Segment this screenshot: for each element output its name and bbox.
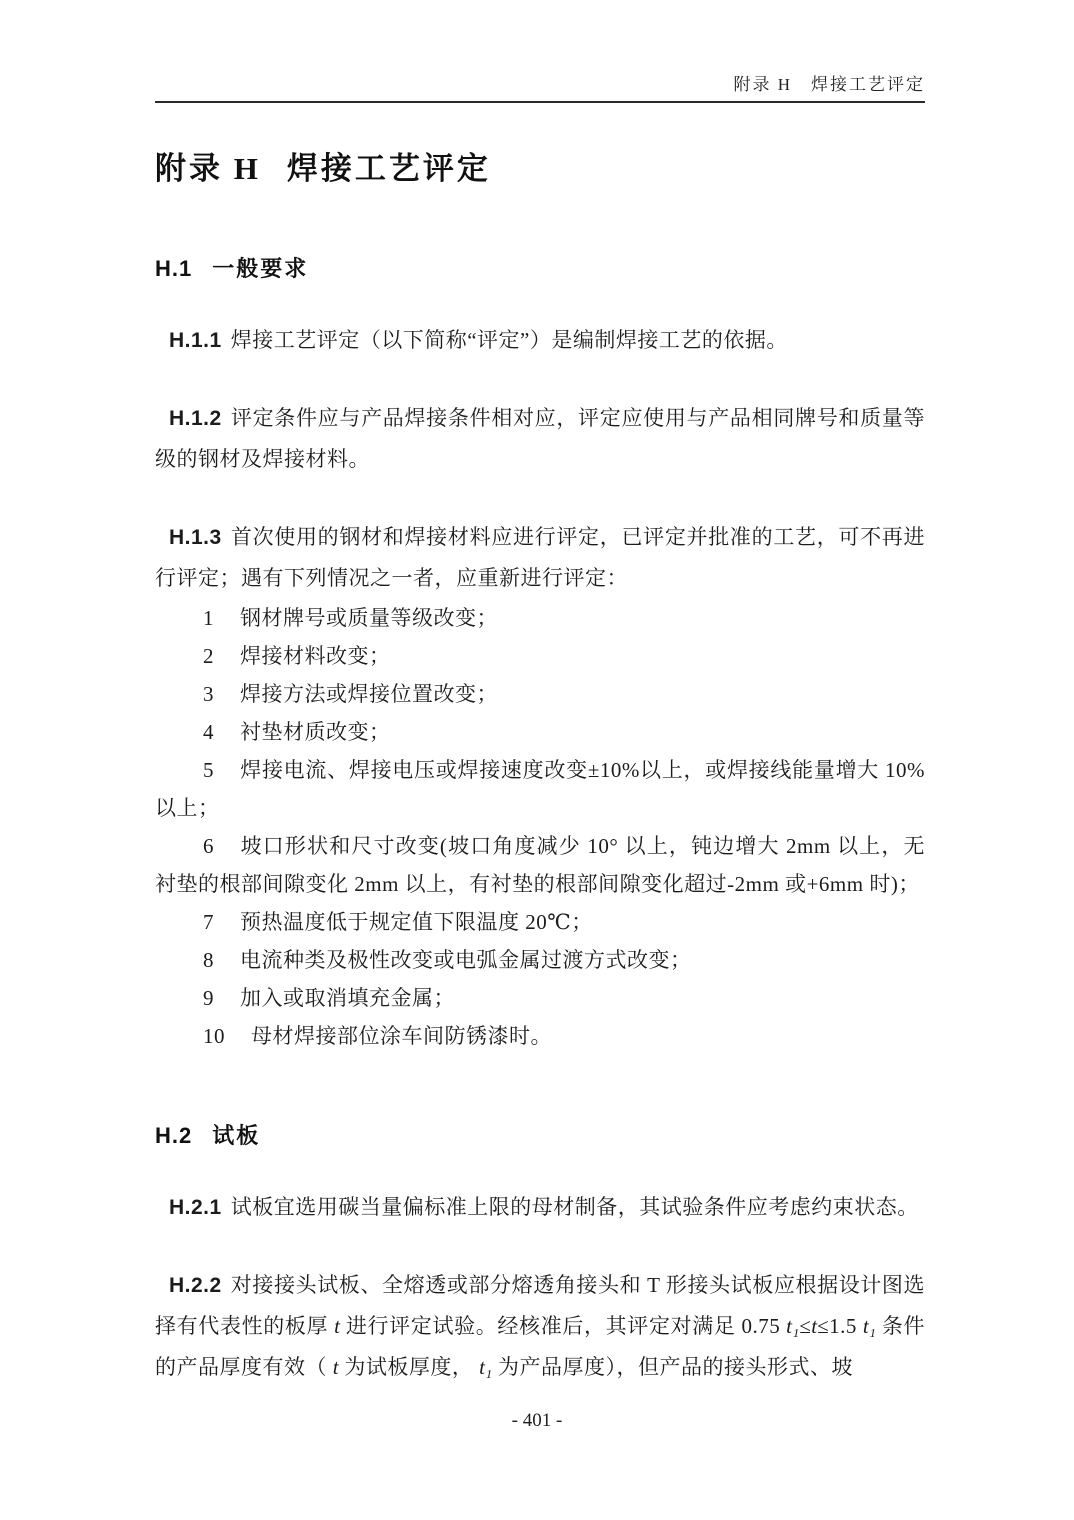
page-title: 附录 H焊接工艺评定 <box>155 143 925 188</box>
clause-text: 为试板厚度， <box>339 1355 480 1379</box>
clause-text: 为产品厚度），但产品的接头形式、坡 <box>492 1355 853 1379</box>
clause-label: H.2.2 <box>169 1274 222 1297</box>
list-item-number: 3 <box>203 682 214 706</box>
page-title-subject: 焊接工艺评定 <box>287 151 491 186</box>
list-item-number: 10 <box>203 1024 225 1048</box>
list-item: 5焊接电流、焊接电压或焊接速度改变±10%以上，或焊接线能量增大 10%以上； <box>155 751 925 827</box>
document-page: 附录 H 焊接工艺评定 附录 H焊接工艺评定 H.1一般要求 H.1.1焊接工艺… <box>0 0 1074 1520</box>
list-item-number: 6 <box>203 834 214 858</box>
list-item-text: 焊接电流、焊接电压或焊接速度改变±10%以上，或焊接线能量增大 10%以上； <box>155 758 925 820</box>
paragraph-h222: H.2.2对接接头试板、全熔透或部分熔透角接头和 T 形接头试板应根据设计图选择… <box>155 1265 925 1388</box>
list-item-text: 加入或取消填充金属； <box>240 986 455 1010</box>
paragraph-h113: H.1.3首次使用的钢材和焊接材料应进行评定，已评定并批准的工艺，可不再进行评定… <box>155 517 925 599</box>
clause-text: 首次使用的钢材和焊接材料应进行评定，已评定并批准的工艺，可不再进行评定；遇有下列… <box>155 525 925 590</box>
variable-t1: t₁ <box>479 1355 492 1379</box>
list-item: 9加入或取消填充金属； <box>155 979 925 1017</box>
running-header: 附录 H 焊接工艺评定 <box>155 0 925 95</box>
list-item-text: 衬垫材质改变； <box>240 720 391 744</box>
section-title: 一般要求 <box>212 256 308 281</box>
list-item: 10母材焊接部位涂车间防锈漆时。 <box>155 1017 925 1055</box>
list-item: 7预热温度低于规定值下限温度 20℃； <box>155 903 925 941</box>
list-item-number: 9 <box>203 986 214 1010</box>
page-number: - 401 - <box>0 1410 1074 1432</box>
list-item-text: 钢材牌号或质量等级改变； <box>240 606 498 630</box>
clause-label: H.1.3 <box>169 526 222 549</box>
list-item-text: 坡口形状和尺寸改变(坡口角度减少 10° 以上，钝边增大 2mm 以上，无衬垫的… <box>155 834 925 896</box>
clause-text: ≤1.5 <box>817 1314 863 1338</box>
clause-label: H.1.2 <box>169 407 222 430</box>
list-item: 8电流种类及极性改变或电弧金属过渡方式改变； <box>155 941 925 979</box>
list-item-number: 2 <box>203 644 214 668</box>
list-item-number: 7 <box>203 910 214 934</box>
section-number: H.2 <box>155 1123 192 1148</box>
section-heading-h2: H.2试板 <box>155 1119 925 1150</box>
list-item-text: 焊接材料改变； <box>240 644 391 668</box>
list-item: 1钢材牌号或质量等级改变； <box>155 599 925 637</box>
clause-label: H.2.1 <box>169 1196 222 1219</box>
clause-text: 焊接工艺评定（以下简称“评定”）是编制焊接工艺的依据。 <box>231 328 788 352</box>
variable-t1: t₁ <box>863 1314 876 1338</box>
list-item-number: 8 <box>203 948 214 972</box>
list-item-text: 预热温度低于规定值下限温度 20℃； <box>240 910 593 934</box>
list-item-text: 母材焊接部位涂车间防锈漆时。 <box>251 1024 552 1048</box>
paragraph-h221: H.2.1试板宜选用碳当量偏标准上限的母材制备，其试验条件应考虑约束状态。 <box>155 1187 925 1228</box>
header-rule <box>155 101 925 103</box>
variable-t1: t₁ <box>786 1314 799 1338</box>
paragraph-h111: H.1.1焊接工艺评定（以下简称“评定”）是编制焊接工艺的依据。 <box>155 320 925 361</box>
list-item: 2焊接材料改变； <box>155 637 925 675</box>
list-item-text: 焊接方法或焊接位置改变； <box>240 682 498 706</box>
clause-text: 评定条件应与产品焊接条件相对应，评定应使用与产品相同牌号和质量等级的钢材及焊接材… <box>155 406 925 471</box>
section-number: H.1 <box>155 256 192 281</box>
section-heading-h1: H.1一般要求 <box>155 252 925 283</box>
clause-text: ≤ <box>799 1314 811 1338</box>
condition-list: 1钢材牌号或质量等级改变； 2焊接材料改变； 3焊接方法或焊接位置改变； 4衬垫… <box>155 599 925 1055</box>
list-item-number: 1 <box>203 606 214 630</box>
paragraph-h112: H.1.2评定条件应与产品焊接条件相对应，评定应使用与产品相同牌号和质量等级的钢… <box>155 398 925 480</box>
page-title-appendix: 附录 H <box>155 151 261 186</box>
section-title: 试板 <box>212 1123 260 1148</box>
list-item: 4衬垫材质改变； <box>155 713 925 751</box>
list-item: 3焊接方法或焊接位置改变； <box>155 675 925 713</box>
list-item-text: 电流种类及极性改变或电弧金属过渡方式改变； <box>240 948 692 972</box>
clause-label: H.1.1 <box>169 329 222 352</box>
clause-text: 进行评定试验。经核准后，其评定对满足 0.75 <box>340 1314 786 1338</box>
list-item-number: 5 <box>203 758 214 782</box>
clause-text: 试板宜选用碳当量偏标准上限的母材制备，其试验条件应考虑约束状态。 <box>231 1195 919 1219</box>
list-item-number: 4 <box>203 720 214 744</box>
list-item: 6坡口形状和尺寸改变(坡口角度减少 10° 以上，钝边增大 2mm 以上，无衬垫… <box>155 827 925 903</box>
